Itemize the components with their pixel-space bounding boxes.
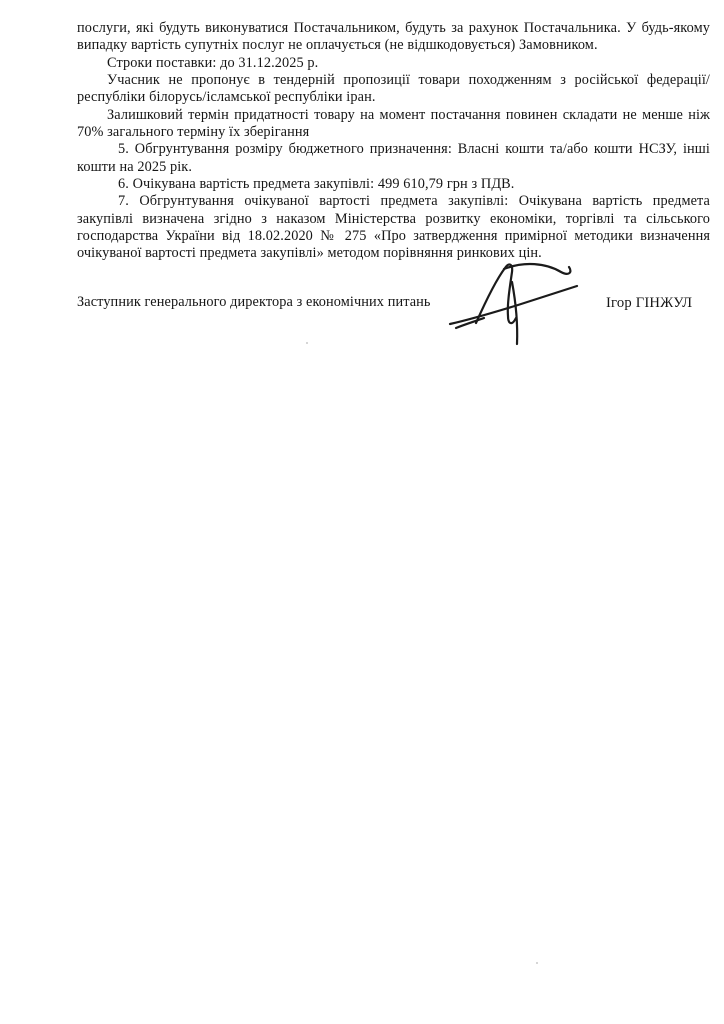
handwritten-signature-icon — [446, 260, 598, 348]
scan-speck — [306, 342, 308, 344]
signatory-name: Ігор ГІНЖУЛ — [606, 295, 692, 312]
document-body: послуги, які будуть виконуватися Постача… — [77, 20, 710, 263]
paragraph-delivery-terms: Строки поставки: до 31.12.2025 р. — [77, 55, 710, 72]
document-page: послуги, які будуть виконуватися Постача… — [0, 0, 724, 1024]
scan-speck — [536, 962, 538, 964]
paragraph-item6-expected-value: 6. Очікувана вартість предмета закупівлі… — [77, 176, 710, 193]
paragraph-item7-value-justification: 7. Обгрунтування очікуваної вартості пре… — [77, 193, 710, 262]
signatory-role: Заступник генерального директора з еконо… — [77, 294, 477, 311]
paragraph-item5-budget-justification: 5. Обгрунтування розміру бюджетного приз… — [77, 141, 710, 176]
paragraph-origin-restriction: Учасник не пропонує в тендерній пропозиц… — [77, 72, 710, 107]
paragraph-ancillary-services: послуги, які будуть виконуватися Постача… — [77, 20, 710, 55]
paragraph-shelf-life: Залишковий термін придатності товару на … — [77, 107, 710, 142]
